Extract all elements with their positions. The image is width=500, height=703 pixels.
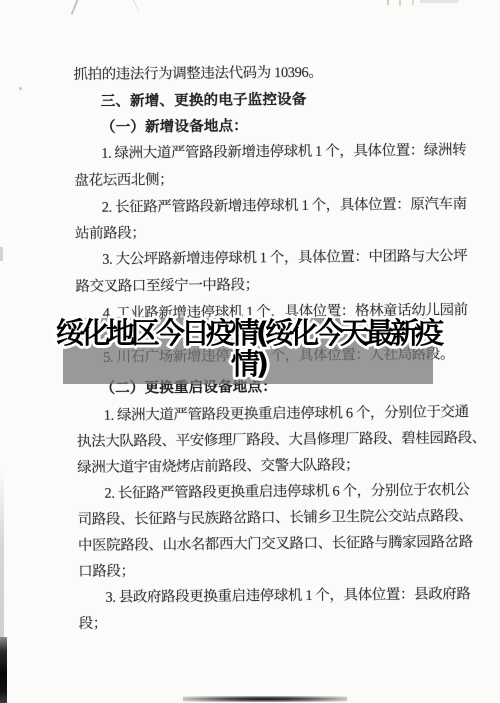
doc-line: 1. 绿洲大道严管路段新增违停球机 1 个，具体位置：绿洲转	[101, 142, 466, 162]
headline-title: 绥化地区今日疫情(绥化今天最新疫 情)	[51, 318, 445, 380]
scan-artifact-left-light-strip	[0, 468, 4, 638]
doc-line: 3. 大公坪路新增违停球机 1 个，具体位置：中团路与大公坪	[102, 248, 467, 268]
headline-title-line2: 情)	[51, 349, 445, 380]
headline-title-line1: 绥化地区今日疫情(绥化今天最新疫	[51, 318, 445, 349]
doc-line: 段；	[79, 616, 107, 632]
doc-line: 口路段；	[78, 563, 135, 580]
doc-line: 盘花坛西北侧；	[74, 172, 173, 189]
scanned-document-page: 抓拍的违法行为调整违法代码为 10396。 三、新增、更换的电子监控设备 （一）…	[0, 0, 500, 703]
doc-line: 抓拍的违法行为调整违法代码为 10396。	[73, 65, 322, 83]
scan-artifact-speck	[19, 87, 22, 90]
doc-line: 1. 绿洲大道严管路段更换重启违停球机 6 个，分别位于交通	[104, 404, 469, 424]
doc-line: 2. 长征路严管路段新增违停球机 1 个，具体位置：原汽车南	[102, 196, 467, 216]
doc-line: 路交叉路口至绥宁一中路段；	[75, 277, 258, 295]
doc-heading-section-3: 三、新增、更换的电子监控设备	[101, 92, 307, 110]
doc-heading-subsection-1: （一）新增设备地点：	[101, 118, 248, 135]
scan-artifact-top-right-tick	[399, 0, 401, 6]
scan-artifact-left-dash	[0, 247, 3, 261]
doc-line: 站前路段；	[75, 225, 146, 242]
scan-artifact-top-right-tick	[412, 0, 414, 5]
scan-artifact-top-right-smudge	[420, 0, 458, 3]
doc-line: 2. 长征路严管路段更换重启违停球机 6 个，分别位于农机公	[104, 482, 469, 502]
doc-line: 执法大队路段、平安修理厂路段、大昌修理厂路段、碧桂园路段、	[77, 430, 486, 450]
headline-overlay-band: 绥化地区今日疫情(绥化今天最新疫 情)	[63, 318, 433, 384]
scan-artifact-bottom-smudge	[183, 696, 347, 702]
scan-artifact-left-dark-strip	[0, 637, 7, 703]
doc-line: 司路段、长征路与民族路岔路口、长铺乡卫生院公交站点路段、	[78, 508, 473, 528]
doc-line: 3. 县政府路段更换重启违停球机 1 个，具体位置：县政府路	[105, 586, 470, 606]
doc-line: 中医院路段、山水名都西大门交叉路口、长征路与腾家园路岔路	[78, 534, 473, 554]
scan-artifact-top-right-tick	[387, 0, 389, 5]
doc-line: 绿洲大道宇宙烧烤店前路段、交警大队路段；	[77, 457, 359, 476]
